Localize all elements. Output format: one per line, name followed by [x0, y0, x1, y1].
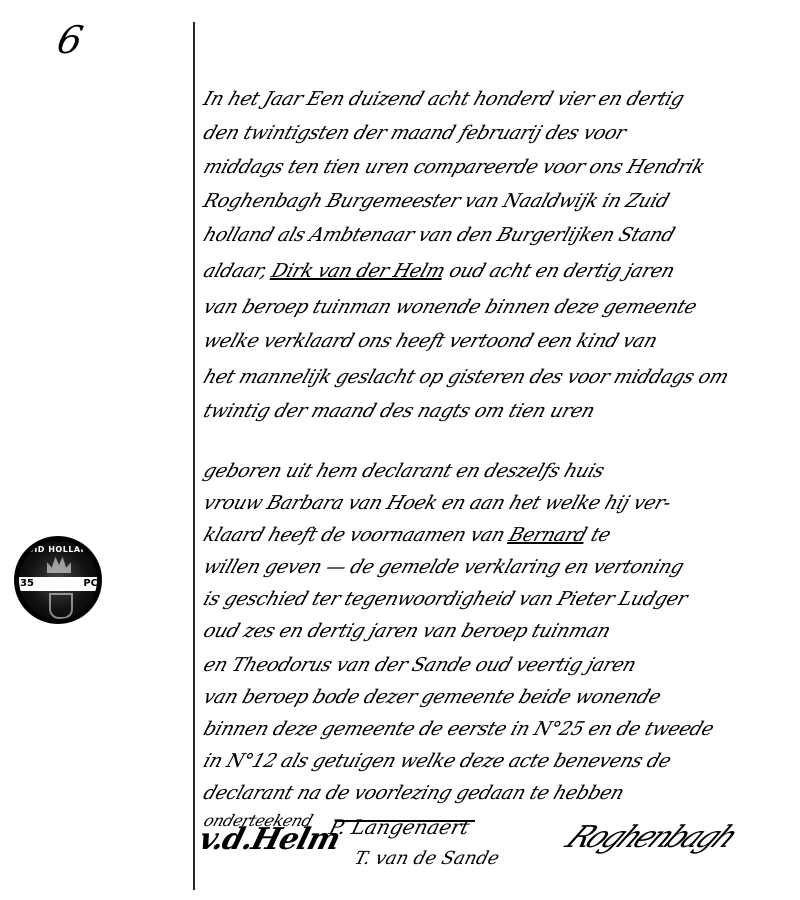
text-line: welke verklaard ons heeft vertoond een k…: [200, 328, 661, 354]
text-line: geboren uit hem declarant en deszelfs hu…: [200, 458, 608, 484]
text-line: van beroep bode dezer gemeente beide won…: [200, 684, 664, 710]
stamp-left-value: 35: [20, 577, 34, 591]
text-line: het mannelijk geslacht op gisteren des v…: [200, 364, 732, 390]
text-line: vrouw Barbara van Hoek en aan het welke …: [200, 490, 674, 516]
text-line: declarant na de voorlezing gedaan te heb…: [200, 780, 627, 806]
text-line: holland als Ambtenaar van den Burgerlijk…: [200, 222, 678, 248]
text-line: binnen deze gemeente de eerste in N°25 e…: [200, 716, 717, 742]
text-line: willen geven — de gemelde verklaring en …: [200, 554, 687, 580]
signature-witness-1: P. Langenaert: [327, 815, 473, 839]
text-line: Roghenbagh Burgemeester van Naaldwijk in…: [200, 188, 673, 214]
crown-icon: [47, 555, 71, 573]
underlined-name: Dirk van der Helm: [269, 260, 448, 282]
text-line: is geschied ter tegenwoordigheid van Pie…: [200, 586, 691, 612]
text-line: aldaar, Dirk van der Helm oud acht en de…: [200, 258, 678, 284]
text-line: middags ten tien uren compareerde voor o…: [200, 154, 708, 180]
document-page: 6 ZUID HOLLAND 35 PC In het Jaar Een dui…: [0, 0, 800, 900]
signature-declarant: v.d.Helm: [195, 822, 343, 857]
tax-stamp: ZUID HOLLAND 35 PC: [14, 536, 102, 624]
text-line: oud zes en dertig jaren van beroep tuinm…: [200, 618, 614, 644]
text-line: twintig der maand des nagts om tien uren: [200, 398, 598, 424]
signature-witness-2: T. van de Sande: [352, 848, 501, 869]
text-line: klaard heeft de voornaamen van Bernard t…: [200, 522, 614, 548]
text-line: in N°12 als getuigen welke deze acte ben…: [200, 748, 674, 774]
text-line: den twintigsten der maand februarij des …: [200, 120, 629, 146]
page-number: 6: [54, 20, 87, 60]
shield-icon: [49, 593, 73, 619]
text-line: van beroep tuinman wonende binnen deze g…: [200, 294, 700, 320]
margin-rule: [193, 22, 195, 890]
text-line: en Theodorus van der Sande oud veertig j…: [200, 652, 639, 678]
text-line: In het Jaar Een duizend acht honderd vie…: [200, 86, 687, 112]
stamp-province-text: ZUID HOLLAND: [19, 545, 97, 554]
stamp-right-value: PC: [83, 577, 98, 591]
signature-official: Roghenbagh: [558, 820, 744, 855]
underlined-name: Bernard: [506, 524, 589, 546]
stamp-band: 35 PC: [17, 577, 101, 591]
